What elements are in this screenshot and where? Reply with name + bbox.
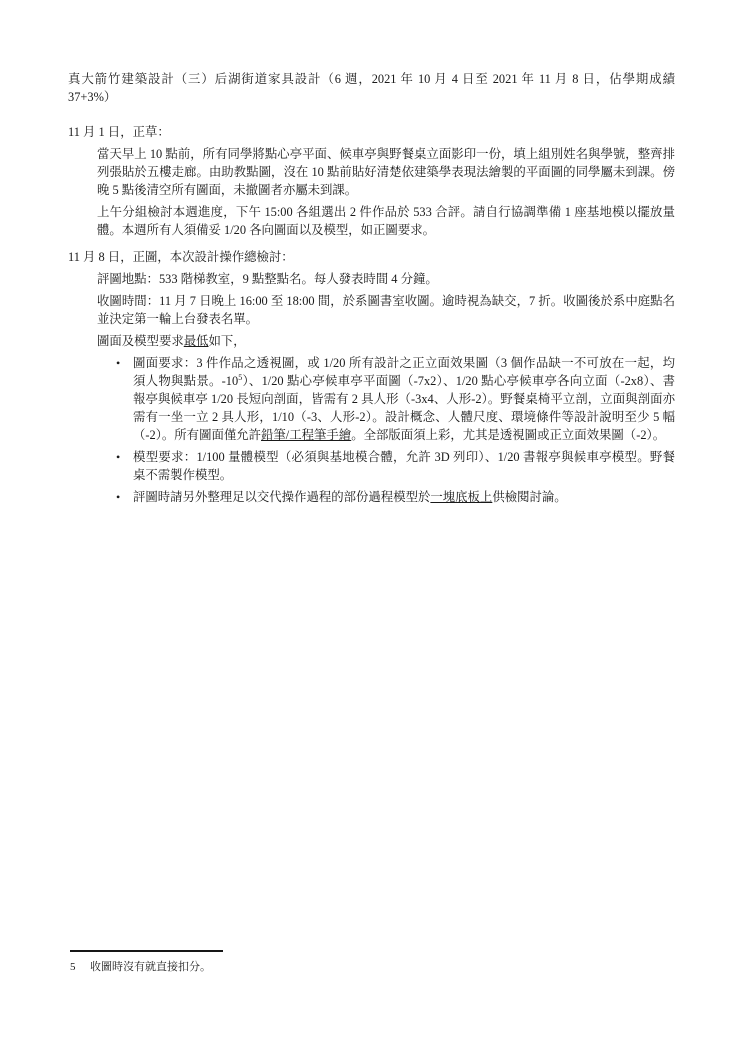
footnote-number: 5 bbox=[70, 960, 90, 975]
review-venue-paragraph: 評圖地點：533 階梯教室，9 點整點名。每人發表時間 4 分鐘。 bbox=[97, 270, 675, 288]
document-content: 真大箭竹建築設計（三）后湖街道家具設計（6 週，2021 年 10 月 4 日至… bbox=[68, 70, 675, 510]
bullet-model-requirements: •模型要求：1/100 量體模型（必須與基地模合體，允許 3D 列印）、1/20… bbox=[97, 448, 675, 484]
document-page: 真大箭竹建築設計（三）后湖街道家具設計（6 週，2021 年 10 月 4 日至… bbox=[0, 0, 740, 1047]
document-title: 真大箭竹建築設計（三）后湖街道家具設計（6 週，2021 年 10 月 4 日至… bbox=[68, 70, 675, 106]
requirements-intro-underlined: 最低 bbox=[184, 334, 209, 348]
footnote-separator bbox=[70, 950, 223, 952]
collection-time-paragraph: 收圖時間：11 月 7 日晚上 16:00 至 18:00 間，於系圖書室收圖。… bbox=[97, 292, 675, 328]
footnote-5: 5 收圖時沒有就直接扣分。 bbox=[70, 960, 490, 975]
requirements-intro-pre: 圖面及模型要求 bbox=[97, 334, 184, 348]
section-nov-1-paragraph-2: 上午分組檢討本週進度，下午 15:00 各組選出 2 件作品於 533 合評。請… bbox=[97, 203, 675, 239]
drawing-req-underlined: 鉛筆/工程筆手繪 bbox=[261, 428, 351, 442]
section-nov-8: 11 月 8 日，正圖，本次設計操作總檢討： 評圖地點：533 階梯教室，9 點… bbox=[68, 248, 675, 506]
bullet-icon: • bbox=[116, 448, 120, 466]
bullet-icon: • bbox=[116, 354, 120, 372]
section-nov-1: 11 月 1 日，正草： 當天早上 10 點前，所有同學將點心亭平面、候車亭與野… bbox=[68, 123, 675, 239]
requirements-intro-paragraph: 圖面及模型要求最低如下， bbox=[97, 332, 675, 350]
section-nov-1-heading: 11 月 1 日，正草： bbox=[68, 123, 675, 141]
section-nov-8-heading: 11 月 8 日，正圖，本次設計操作總檢討： bbox=[68, 248, 675, 266]
footnote-area: 5 收圖時沒有就直接扣分。 bbox=[70, 950, 490, 975]
footnote-text: 收圖時沒有就直接扣分。 bbox=[90, 960, 211, 975]
bullet-process-models: •評圖時請另外整理足以交代操作過程的部份過程模型於一塊底板上供檢閱討論。 bbox=[97, 488, 675, 506]
model-req-text: 模型要求：1/100 量體模型（必須與基地模合體，允許 3D 列印）、1/20 … bbox=[133, 450, 675, 482]
requirements-bullet-list: •圖面要求：3 件作品之透視圖，或 1/20 所有設計之正立面效果圖（3 個作品… bbox=[97, 354, 675, 506]
requirements-intro-post: 如下， bbox=[209, 334, 246, 348]
section-nov-1-paragraph-1: 當天早上 10 點前，所有同學將點心亭平面、候車亭與野餐桌立面影印一份，填上組別… bbox=[97, 145, 675, 199]
bullet-drawing-requirements: •圖面要求：3 件作品之透視圖，或 1/20 所有設計之正立面效果圖（3 個作品… bbox=[97, 354, 675, 444]
process-models-text-1: 評圖時請另外整理足以交代操作過程的部份過程模型於 bbox=[133, 490, 430, 504]
process-models-underlined: 一塊底板上 bbox=[430, 490, 492, 504]
drawing-req-text-3: 。全部版面須上彩，尤其是透視圖或正立面效果圖（-2）。 bbox=[351, 428, 665, 442]
process-models-text-2: 供檢閱討論。 bbox=[492, 490, 566, 504]
bullet-icon: • bbox=[116, 488, 120, 506]
